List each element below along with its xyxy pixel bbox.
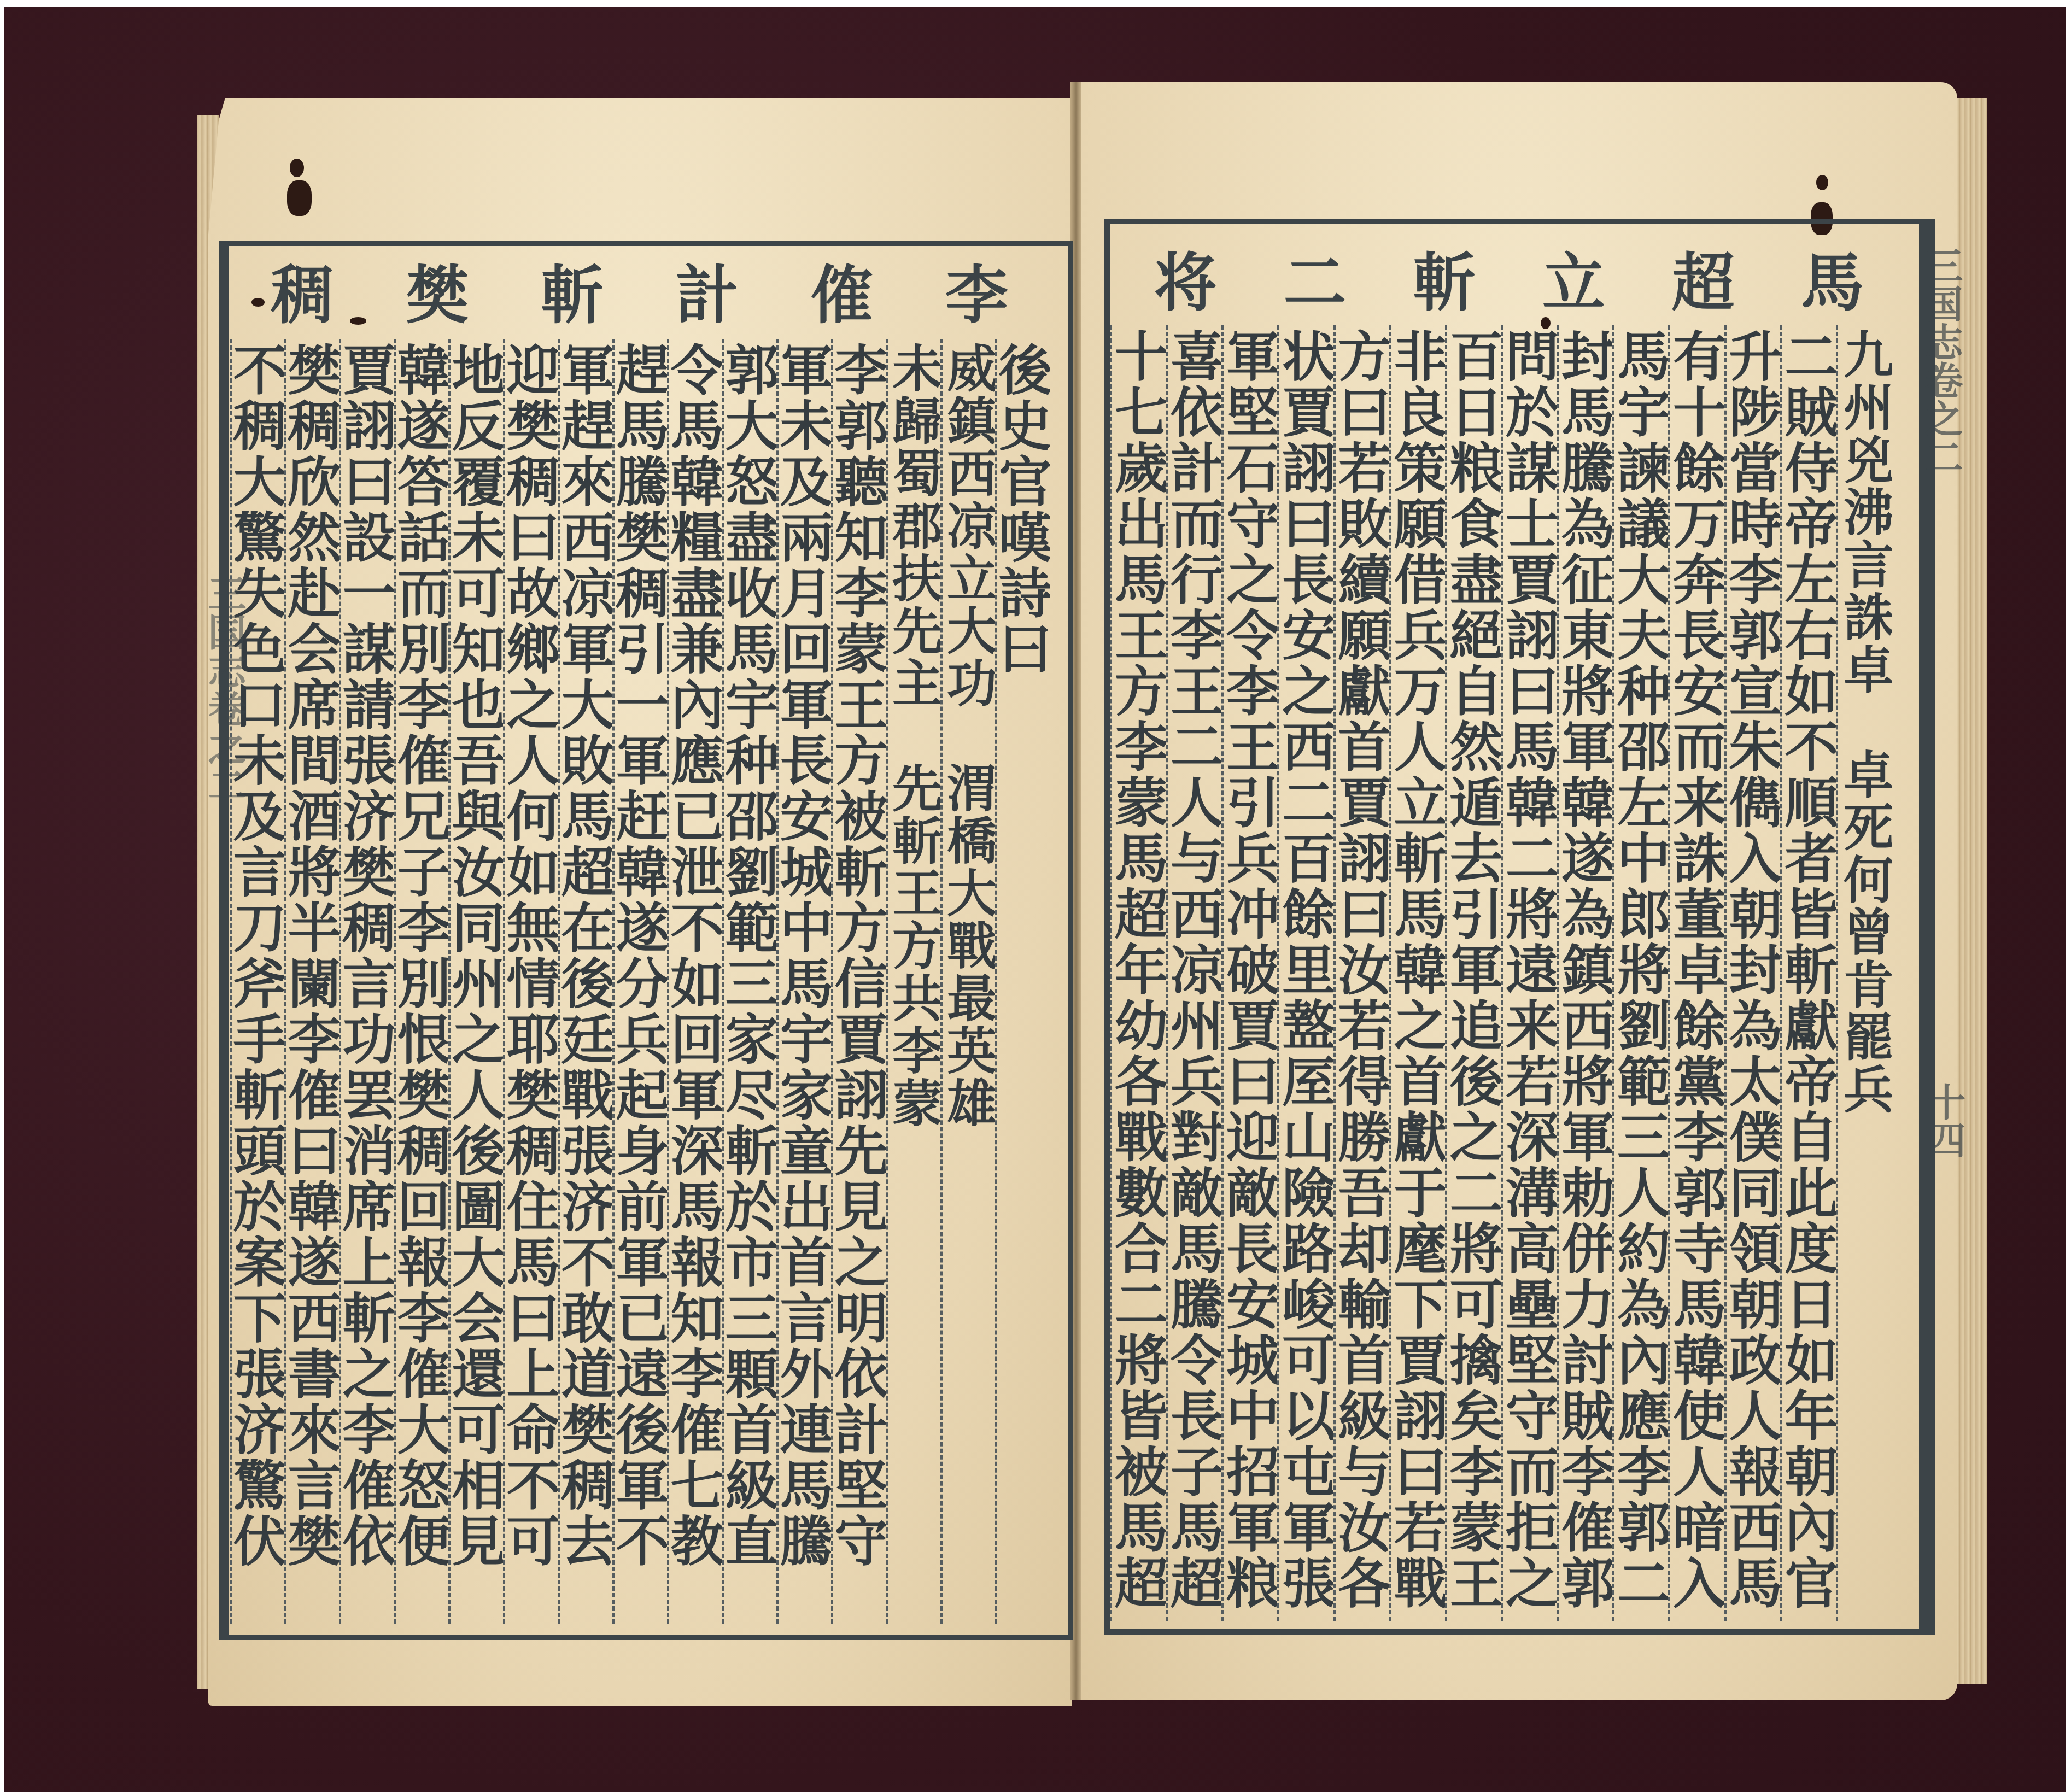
right-page-heading: 馬 超 立 斬 二 将 xyxy=(1121,232,1897,323)
text-column: 十七歲出馬王方李蒙馬超年幼各戰數合二將皆被馬超斬了餘軍盼 xyxy=(1110,325,1166,1621)
text-column: 李郭聽知李蒙王方被斬方信賈詡先見之明依計堅守不出果然西凉 xyxy=(831,339,886,1624)
poem-column: 未歸蜀郡扶先主 先斬王方共李蒙 xyxy=(886,339,940,1624)
text-column: 状賈詡曰長安之西二百餘里盩厔山險路峻可以屯軍張樊二將 xyxy=(1277,325,1333,1621)
text-column: 郭大怒盡收馬宇种邵劉範三家尽斬於市三顆首級直來馬騰寨前號 xyxy=(722,339,776,1624)
text-column: 封馬騰為征東將軍韓遂為鎮西將軍勅併力討賊李傕郭汜張济樊稠 xyxy=(1557,325,1612,1621)
text-column: 賈詡曰設一謀請張济樊稠言功罢消席上斬之李傕依計而行請張济 xyxy=(339,339,394,1624)
binding-hole xyxy=(287,180,312,216)
heading-char: 斬 xyxy=(541,245,604,335)
text-column: 樊稠欣然赴会席間酒將半闌李傕曰韓遂西書來言樊稠造反何不擒 xyxy=(284,339,339,1624)
heading-char: 傕 xyxy=(810,245,873,335)
text-column: 非良策願借兵万人立斬馬韓之首獻于麾下賈詡曰若戰必敗李蒙王 xyxy=(1389,325,1445,1621)
right-page-text: 九州兇沸言誅卓 卓死何曾肯罷兵 二賊侍帝左右如不順者皆斬獻帝自此度日如年朝內官員… xyxy=(1110,325,1892,1621)
heading-char: 斬 xyxy=(1413,232,1476,323)
text-column: 升陟當時李郭宣朱儁入朝封為太僕同領朝政人報西馬騰同韓遂約 xyxy=(1724,325,1780,1621)
heading-char: 馬 xyxy=(1801,232,1864,323)
binding-hole xyxy=(1816,175,1828,190)
text-column: 百日粮食盡絕自然遁去引軍追後之二將可擒矣李蒙王方出日此 xyxy=(1445,325,1501,1621)
text-column: 軍趕來西凉軍大敗馬超在後廷戰張济不敢道樊稠去趕韓遂勒馬回 xyxy=(558,339,612,1624)
text-column: 令馬韓糧盡兼內應已泄不如回軍深馬報知李傕七教張济引一軍 xyxy=(667,339,722,1624)
text-column: 喜依計而行李王二人与西凉州兵對敵馬騰令長子馬超字孟起時年 xyxy=(1166,325,1221,1621)
heading-char: 将 xyxy=(1154,232,1217,323)
heading-char: 稠 xyxy=(271,245,334,335)
text-column: 軍堅石守之令李王引兵冲破賈曰迎敵長安城中招軍粮應付李郭大 xyxy=(1221,325,1277,1621)
text-column: 有十餘万奔長安而来誅董卓餘黨李郭寺馬韓使人暗入長安寺侍中 xyxy=(1668,325,1724,1621)
text-column: 軍未及兩月回軍長安城中馬宇家童出首言外連馬騰韓遂內應欲合李 xyxy=(776,339,831,1624)
poem-column: 九州兇沸言誅卓 卓死何曾肯罷兵 xyxy=(1836,325,1892,1621)
text-column: 趕馬騰樊稠引一軍赶韓遂分兵起身前軍已遠後軍不曾提防張樊兩 xyxy=(612,339,667,1624)
left-page-text: 後史官嘆詩曰 威鎮西凉立大功 渭橋大戰最英雄 未歸蜀郡扶先主 先斬王方共李蒙 李… xyxy=(230,339,1050,1624)
poem-column: 威鎮西凉立大功 渭橋大戰最英雄 xyxy=(940,339,995,1624)
text-column: 地反覆未可知也吾與汝同州之人後圖大会還可相見乎樊稠回心與 xyxy=(448,339,503,1624)
left-margin-title: 三国志卷之二 xyxy=(197,574,252,1066)
heading-char: 樊 xyxy=(406,245,469,335)
heading-char: 立 xyxy=(1542,232,1605,323)
right-margin-title: 三国志卷之二 xyxy=(1914,246,1969,738)
text-column: 問於謀士賈詡曰馬韓二將遠来若深溝高壘堅守而拒之彼兵不过 xyxy=(1501,325,1557,1621)
heading-char: 超 xyxy=(1671,232,1734,323)
heading-char: 二 xyxy=(1283,232,1346,323)
left-page-heading: 李 傕 計 斬 樊 稠 xyxy=(235,249,1044,331)
binding-hole xyxy=(290,159,304,177)
text-column: 方曰若敗續願獻首賈詡曰汝若得勝吾却輸首級与汝各納下軍令 xyxy=(1333,325,1389,1621)
heading-char: 計 xyxy=(676,245,739,335)
poem-intro-column: 後史官嘆詩曰 xyxy=(995,339,1050,1624)
heading-char: 李 xyxy=(945,245,1008,335)
leaf-number: 十四 xyxy=(1916,1082,1971,1192)
text-column: 韓遂答話而別李傕兄子李別恨樊稠回報李傕大怒便欲眾兵討樊稠 xyxy=(394,339,448,1624)
text-column: 馬宇諫議大夫种邵左中郎將劉範三人約為內應李郭二人密奏獻帝 xyxy=(1612,325,1668,1621)
text-column: 二賊侍帝左右如不順者皆斬獻帝自此度日如年朝內官員皆由李郭 xyxy=(1780,325,1836,1621)
text-column: 迎樊稠曰故鄉之人何如無情耶樊稠住馬曰上命不可違也韓遂曰天 xyxy=(503,339,558,1624)
